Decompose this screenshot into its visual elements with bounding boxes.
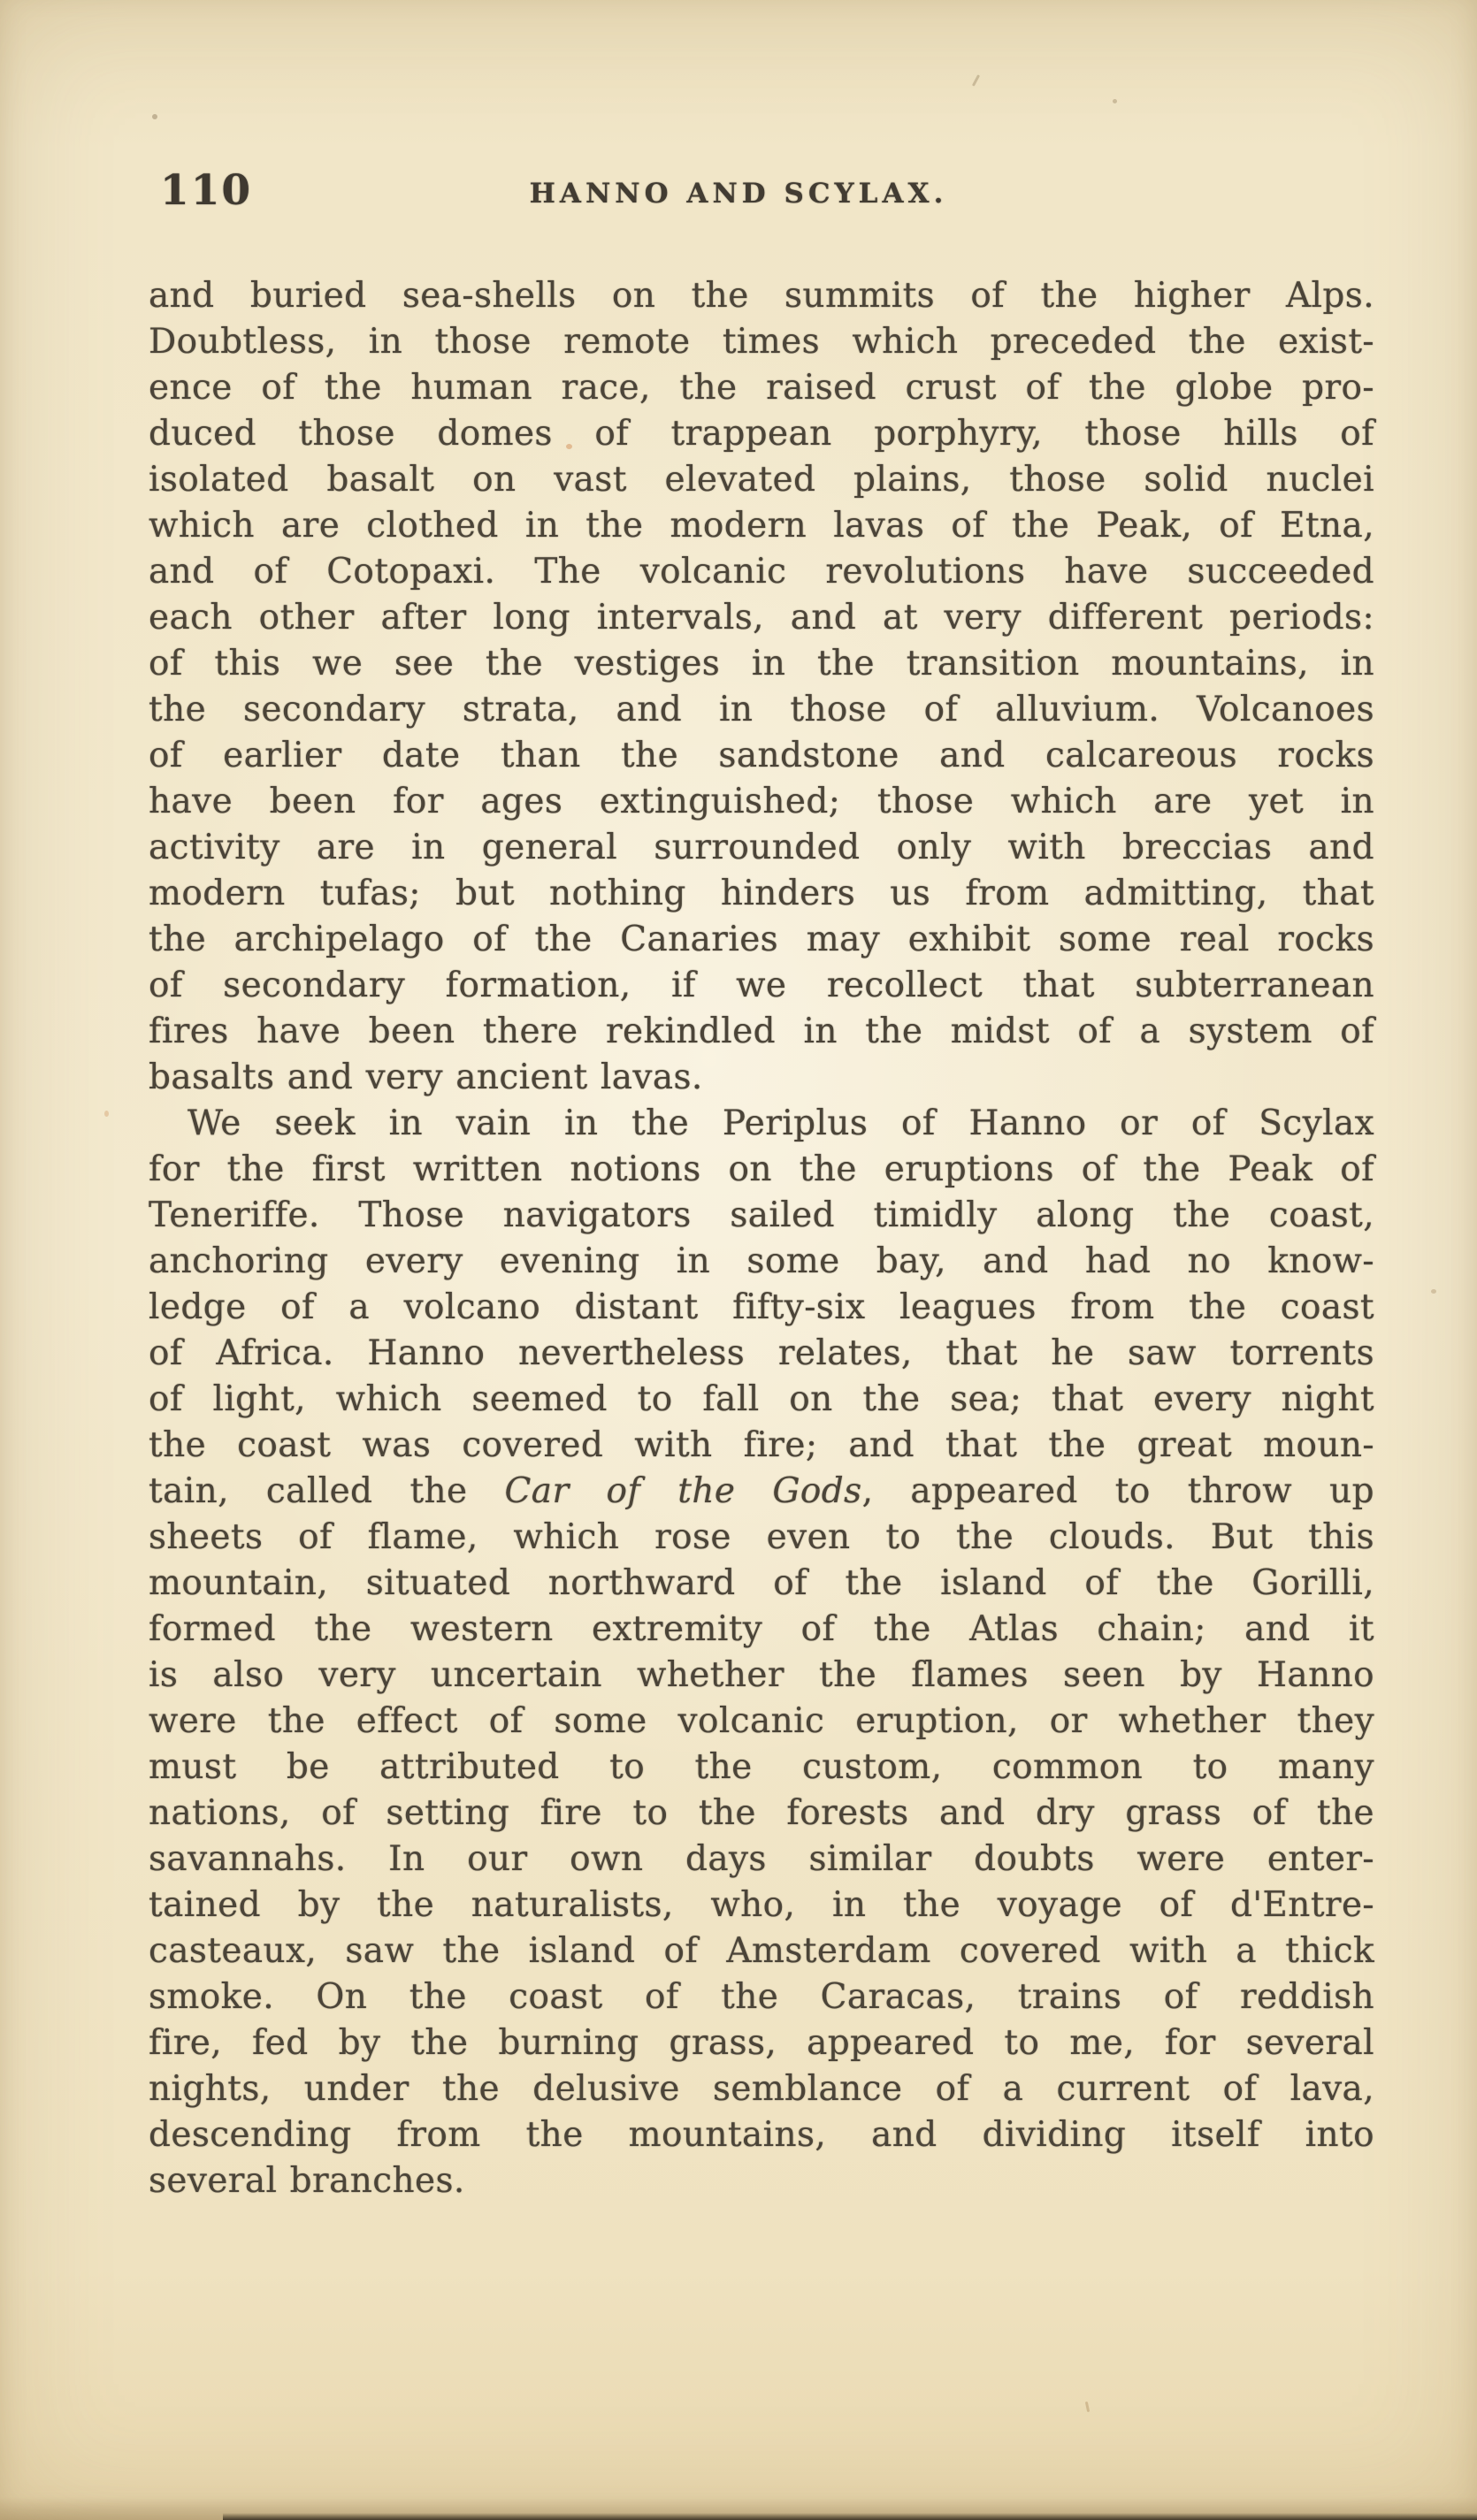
text-line: modern tufas; but nothing hinders us fro… [149,871,1374,917]
text-line: duced those domes of trappean porphyry, … [149,411,1374,457]
text-line: ence of the human race, the raised crust… [149,365,1374,411]
text-line: formed the western extremity of the Atla… [149,1607,1374,1653]
paper-speck [1431,1289,1436,1294]
text-line: for the first written notions on the eru… [149,1147,1374,1193]
text-line: fire, fed by the burning grass, appeared… [149,2020,1374,2066]
text-line: each other after long intervals, and at … [149,595,1374,641]
paragraph: and buried sea-shells on the summits of … [149,273,1374,1101]
text-line: and buried sea-shells on the summits of … [149,273,1374,319]
paper-speck [104,1111,109,1117]
text-line: basalts and very ancient lavas. [149,1055,1374,1101]
book-page-scan: 110 HANNO AND SCYLAX. and buried sea-she… [0,0,1477,2520]
text-line: of Africa. Hanno nevertheless relates, t… [149,1331,1374,1377]
text-line: tain, called the Car of the Gods, appear… [149,1469,1374,1515]
text-line: nations, of setting fire to the forests … [149,1791,1374,1837]
text-line: We seek in vain in the Periplus of Hanno… [149,1101,1374,1147]
text-line: must be attributed to the custom, common… [149,1745,1374,1791]
running-header: HANNO AND SCYLAX. [0,178,1477,210]
line-segment: , appeared to throw up [862,1471,1374,1511]
text-line: several branches. [149,2158,1374,2204]
italic-phrase: Car of the Gods [505,1471,862,1511]
text-line: isolated basalt on vast elevated plains,… [149,457,1374,503]
text-line: mountain, situated northward of the isla… [149,1561,1374,1607]
paper-speck [972,74,980,87]
text-line: and of Cotopaxi. The volcanic revolution… [149,549,1374,595]
paper-speck [1113,99,1117,103]
text-line: savannahs. In our own days similar doubt… [149,1837,1374,1882]
text-line: casteaux, saw the island of Amsterdam co… [149,1928,1374,1974]
text-line: is also very uncertain whether the flame… [149,1653,1374,1699]
body-text: and buried sea-shells on the summits of … [149,273,1374,2204]
text-line: tained by the naturalists, who, in the v… [149,1882,1374,1928]
text-line: nights, under the delusive semblance of … [149,2066,1374,2112]
text-line: were the effect of some volcanic eruptio… [149,1699,1374,1745]
line-segment: tain, called the [149,1471,505,1511]
text-line: sheets of flame, which rose even to the … [149,1515,1374,1561]
text-line: of light, which seemed to fall on the se… [149,1377,1374,1423]
text-line: descending from the mountains, and divid… [149,2112,1374,2158]
text-line: anchoring every evening in some bay, and… [149,1239,1374,1285]
text-line: of secondary formation, if we recollect … [149,963,1374,1009]
scan-bottom-edge [223,2513,1477,2520]
text-line: smoke. On the coast of the Caracas, trai… [149,1974,1374,2020]
text-line: the coast was covered with fire; and tha… [149,1423,1374,1469]
paragraph: We seek in vain in the Periplus of Hanno… [149,1101,1374,2204]
text-line: activity are in general surrounded only … [149,825,1374,871]
text-line: Teneriffe. Those navigators sailed timid… [149,1193,1374,1239]
paper-speck [1085,2402,1090,2412]
text-line: Doubtless, in those remote times which p… [149,319,1374,365]
text-line: of earlier date than the sandstone and c… [149,733,1374,779]
text-line: which are clothed in the modern lavas of… [149,503,1374,549]
text-line: the secondary strata, and in those of al… [149,687,1374,733]
text-line: fires have been there rekindled in the m… [149,1009,1374,1055]
text-line: the archipelago of the Canaries may exhi… [149,917,1374,963]
paper-speck [152,114,157,119]
text-line: of this we see the vestiges in the trans… [149,641,1374,687]
text-line: have been for ages extinguished; those w… [149,779,1374,825]
text-line: ledge of a volcano distant fifty-six lea… [149,1285,1374,1331]
